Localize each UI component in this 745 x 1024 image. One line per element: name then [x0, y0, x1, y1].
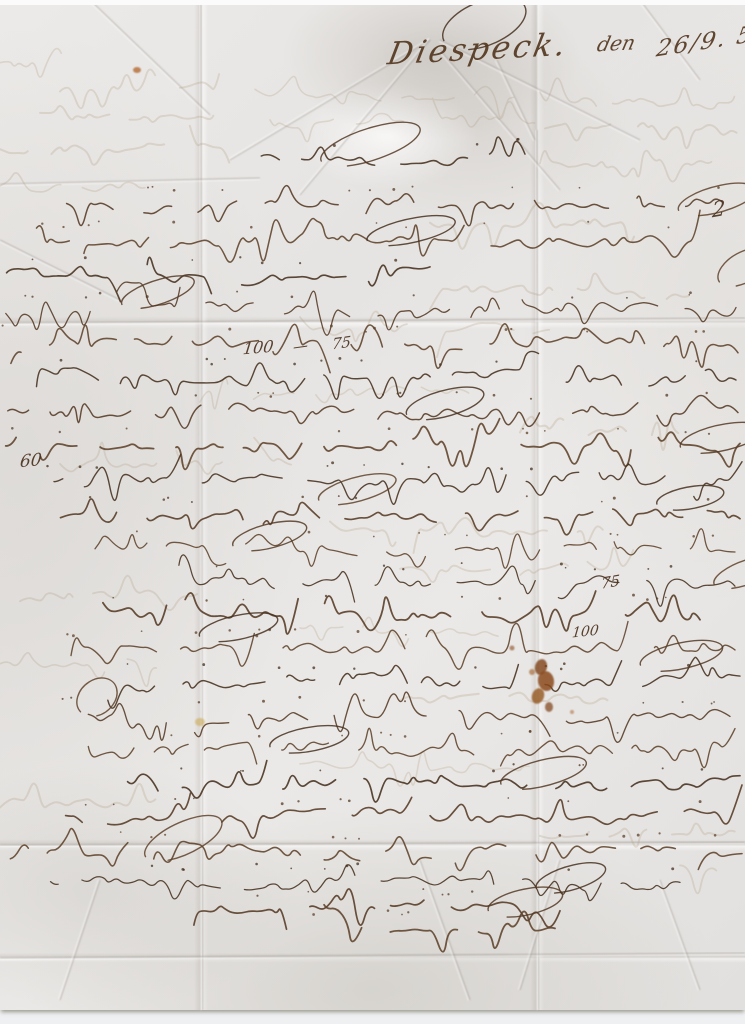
diacritic-dot — [622, 835, 625, 838]
diacritic-dot — [610, 533, 612, 535]
diacritic-dot — [579, 187, 581, 189]
scanned-letter: Diespeck. den 26/9. 53. 2100—756075100 — [0, 0, 745, 1024]
diacritic-dot — [355, 497, 357, 499]
diacritic-dot — [2, 325, 4, 327]
flourish-loop — [268, 721, 351, 759]
diacritic-dot — [299, 262, 301, 264]
diacritic-dot — [291, 296, 294, 299]
diacritic-dot — [170, 734, 172, 736]
diacritic-dot — [242, 770, 244, 772]
diacritic-dot — [216, 566, 218, 568]
diacritic-dot — [571, 296, 573, 298]
diacritic-dot — [396, 326, 398, 328]
flourish-loop — [485, 882, 565, 923]
handwriting-line — [88, 692, 730, 742]
handwriting-line — [179, 555, 735, 606]
diacritic-dot — [31, 296, 33, 298]
diacritic-dot — [261, 262, 264, 265]
diacritic-dot — [256, 895, 258, 897]
bleedthrough-line — [540, 151, 711, 182]
handwriting-line — [7, 257, 430, 301]
diacritic-dot — [164, 834, 166, 836]
diacritic-dot — [307, 891, 309, 893]
diacritic-dot — [711, 703, 713, 705]
handwriting-line — [11, 324, 738, 373]
diacritic-dot — [685, 431, 687, 433]
ink-handwriting-layer — [2, 0, 745, 952]
diacritic-dot — [402, 568, 404, 570]
handwriting-line — [54, 455, 742, 505]
diacritic-dot — [195, 631, 198, 634]
diacritic-dot — [510, 328, 512, 330]
legible-number: 75 — [331, 332, 351, 353]
diacritic-dot — [363, 464, 365, 466]
diacritic-dot — [560, 668, 563, 671]
bleedthrough-line — [300, 617, 498, 646]
diacritic-dot — [399, 392, 401, 394]
handwriting-line — [6, 419, 740, 470]
diacritic-dot — [637, 834, 640, 837]
diacritic-dot — [699, 800, 702, 803]
diacritic-dot — [327, 465, 329, 467]
diacritic-dot — [461, 596, 463, 598]
flourish-loop — [655, 481, 726, 514]
diacritic-dot — [671, 867, 674, 870]
diacritic-dot — [390, 734, 392, 736]
diacritic-dot — [301, 496, 304, 499]
diacritic-dot — [628, 463, 630, 465]
bleedthrough-line — [255, 76, 514, 118]
diacritic-dot — [85, 296, 87, 298]
diacritic-dot — [701, 768, 704, 771]
diacritic-dot — [516, 138, 519, 141]
diacritic-dot — [240, 770, 242, 772]
diacritic-dot — [632, 594, 635, 597]
diacritic-dot — [706, 392, 708, 394]
diacritic-dot — [228, 629, 231, 632]
handwriting-line — [67, 186, 722, 226]
diacritic-dot — [152, 186, 154, 188]
diacritic-dot — [495, 360, 497, 362]
diacritic-dot — [397, 392, 399, 394]
diacritic-dot — [32, 259, 34, 261]
diacritic-dot — [428, 466, 430, 468]
diacritic-dot — [191, 501, 193, 503]
bleedthrough-line — [545, 123, 737, 148]
diacritic-dot — [85, 804, 87, 806]
diacritic-dot — [695, 360, 697, 362]
diacritic-dot — [563, 662, 566, 665]
diacritic-dot — [205, 599, 207, 601]
diacritic-dot — [583, 328, 585, 330]
diacritic-dot — [558, 834, 561, 837]
diacritic-dot — [511, 187, 513, 189]
diacritic-dot — [447, 893, 449, 895]
handwriting-line — [261, 137, 525, 165]
diacritic-dot — [358, 838, 360, 840]
crease-shadow — [0, 240, 120, 300]
diacritic-dot — [567, 868, 570, 871]
diacritic-dot — [141, 630, 143, 632]
flourish-loop — [365, 210, 458, 252]
diacritic-dot — [474, 666, 476, 668]
diacritic-dot — [98, 220, 100, 222]
diacritic-dot — [95, 466, 98, 469]
diacritic-dot — [146, 295, 149, 298]
flourish-loop — [710, 550, 745, 596]
diacritic-dot — [529, 730, 532, 733]
diacritic-dot — [228, 328, 231, 331]
diacritic-dot — [210, 363, 213, 366]
diacritic-dot — [84, 256, 87, 259]
diacritic-dot — [11, 427, 14, 430]
legible-number: 60 — [19, 450, 43, 473]
bleedthrough-line — [270, 98, 535, 141]
diacritic-dot — [404, 735, 407, 738]
legible-number: 100 — [571, 622, 599, 641]
diacritic-dot — [262, 700, 265, 703]
diacritic-dot — [297, 800, 299, 802]
flourish-loop — [316, 113, 425, 176]
diacritic-dot — [330, 325, 333, 328]
diacritic-dot — [357, 630, 360, 633]
diacritic-dot — [365, 331, 367, 333]
diacritic-dot — [373, 327, 376, 330]
diacritic-dot — [332, 836, 335, 839]
diacritic-dot — [46, 465, 48, 467]
diacritic-dot — [243, 599, 245, 601]
diacritic-dot — [206, 358, 209, 361]
diacritic-dot — [193, 798, 195, 800]
handwriting-line — [128, 761, 740, 802]
diacritic-dot — [382, 394, 384, 396]
diacritic-dot — [236, 291, 238, 293]
diacritic-dot — [483, 222, 485, 224]
bleedthrough-line — [0, 126, 229, 165]
diacritic-dot — [407, 911, 409, 913]
handwriting-line — [103, 591, 700, 634]
diacritic-dot — [338, 430, 340, 432]
diacritic-dot — [257, 392, 259, 394]
diacritic-dot — [594, 568, 596, 570]
diacritic-dot — [290, 868, 292, 870]
diacritic-dot — [394, 259, 397, 262]
diacritic-dot — [662, 767, 664, 769]
diacritic-dot — [512, 763, 514, 765]
diacritic-dot — [439, 363, 442, 366]
diacritic-dot — [338, 495, 340, 497]
diacritic-dot — [258, 629, 260, 631]
diacritic-dot — [601, 501, 603, 503]
diacritic-dot — [456, 391, 458, 393]
crease-shadow — [60, 880, 100, 1000]
diacritic-dot — [345, 864, 348, 867]
handwriting-line — [8, 396, 738, 429]
diacritic-dot — [387, 909, 390, 912]
diacritic-dot — [294, 628, 296, 630]
diacritic-dot — [127, 663, 129, 665]
diacritic-dot — [191, 259, 193, 261]
diacritic-dot — [492, 769, 495, 772]
diacritic-dot — [412, 186, 414, 188]
diacritic-dot — [405, 634, 407, 636]
diacritic-dot — [647, 568, 649, 570]
diacritic-dot — [617, 534, 619, 536]
diacritic-dot — [255, 863, 258, 866]
diacritic-dot — [312, 666, 315, 669]
diacritic-dot — [202, 663, 205, 666]
diacritic-dot — [392, 188, 395, 191]
diacritic-dot — [293, 363, 296, 366]
dateline-den-word: den — [595, 30, 638, 56]
diacritic-dot — [120, 831, 122, 833]
diacritic-dot — [687, 664, 690, 667]
diacritic-dot — [376, 222, 378, 224]
diacritic-dot — [401, 463, 403, 465]
diacritic-dot — [373, 536, 375, 538]
diacritic-dot — [530, 467, 533, 470]
diacritic-dot — [112, 597, 114, 599]
stain — [510, 646, 515, 651]
bleedthrough-line — [20, 576, 197, 610]
diacritic-dot — [658, 832, 660, 834]
diacritic-dot — [544, 430, 546, 432]
diacritic-dot — [401, 914, 403, 916]
diacritic-dot — [195, 394, 197, 396]
diacritic-dot — [712, 534, 714, 536]
handwriting-line — [10, 829, 742, 871]
diacritic-dot — [613, 497, 616, 500]
diacritic-dot — [501, 733, 503, 735]
diacritic-dot — [60, 359, 63, 362]
diacritic-dot — [498, 597, 501, 600]
diacritic-dot — [708, 433, 710, 435]
handwriting-line — [61, 499, 741, 535]
diacritic-dot — [239, 256, 241, 258]
diacritic-dot — [325, 595, 327, 597]
diacritic-dot — [360, 359, 362, 361]
crease-highlight — [439, 51, 559, 191]
diacritic-dot — [626, 297, 628, 299]
diacritic-dot — [180, 767, 182, 769]
diacritic-dot — [163, 498, 166, 501]
diacritic-dot — [344, 837, 346, 839]
legible-number: 75 — [601, 571, 620, 593]
flourish-loop — [69, 670, 125, 724]
diacritic-dot — [692, 535, 695, 538]
diacritic-dot — [99, 292, 102, 295]
diacritic-dot — [526, 495, 528, 497]
diacritic-dot — [224, 358, 226, 360]
diacritic-dot — [41, 222, 43, 224]
diacritic-dot — [413, 294, 415, 296]
diacritic-dot — [582, 764, 584, 766]
flourish-loop — [675, 177, 745, 223]
diacritic-dot — [24, 295, 26, 297]
flourish-loop — [498, 750, 590, 797]
stain — [545, 702, 553, 712]
diacritic-dot — [717, 186, 720, 189]
diacritic-dot — [405, 226, 407, 228]
diacritic-dot — [665, 597, 667, 599]
diacritic-dot — [72, 634, 75, 637]
diacritic-dot — [695, 330, 698, 333]
diacritic-dot — [665, 394, 668, 397]
diacritic-dot — [174, 798, 176, 800]
diacritic-dot — [258, 735, 261, 738]
diacritic-dot — [404, 700, 406, 702]
diacritic-dot — [380, 732, 382, 734]
diacritic-dot — [418, 532, 420, 534]
bleedthrough-line — [0, 784, 155, 808]
diacritic-dot — [579, 764, 581, 766]
diacritic-dot — [702, 330, 705, 333]
diacritic-dot — [278, 666, 281, 669]
diacritic-dot — [422, 888, 424, 890]
diacritic-dot — [147, 187, 149, 189]
diacritic-dot — [348, 799, 351, 802]
diacritic-dot — [70, 697, 72, 699]
stain — [195, 718, 205, 726]
flourish-loop — [712, 240, 745, 294]
diacritic-dot — [348, 190, 350, 192]
diacritic-dot — [461, 562, 463, 564]
crease-highlight — [658, 881, 698, 991]
diacritic-dot — [444, 534, 446, 536]
diacritic-dot — [587, 221, 589, 223]
legible-number: 2 — [712, 196, 726, 223]
diacritic-dot — [707, 498, 710, 501]
flourish-loop — [638, 634, 726, 677]
diacritic-dot — [617, 732, 619, 734]
diacritic-dot — [340, 798, 342, 800]
bleedthrough-line — [0, 49, 61, 77]
crease-highlight — [0, 241, 119, 301]
diacritic-dot — [272, 392, 274, 394]
diacritic-dot — [331, 461, 334, 464]
diacritic-dot — [565, 567, 567, 569]
diacritic-dot — [522, 428, 524, 430]
diacritic-dot — [341, 735, 343, 737]
bleedthrough-line — [400, 548, 633, 582]
diacritic-dot — [172, 221, 175, 224]
handwriting-line — [66, 785, 742, 838]
diacritic-dot — [89, 496, 91, 498]
diacritic-dot — [689, 291, 692, 294]
flourish-loop — [316, 467, 399, 511]
diacritic-dot — [383, 565, 385, 567]
diacritic-dot — [353, 668, 355, 670]
diacritic-dot — [298, 696, 301, 699]
crease-shadow — [660, 880, 700, 990]
diacritic-dot — [62, 226, 64, 228]
diacritic-dot — [471, 428, 473, 430]
diacritic-dot — [471, 890, 473, 892]
legible-number: 100 — [242, 337, 275, 359]
diacritic-dot — [466, 535, 468, 537]
diacritic-dot — [319, 769, 321, 771]
diacritic-dot — [79, 465, 82, 468]
diacritic-dot — [356, 862, 359, 865]
diacritic-dot — [617, 428, 619, 430]
flourish-loop — [118, 269, 198, 315]
diacritic-dot — [136, 530, 138, 532]
diacritic-dot — [642, 702, 644, 704]
diacritic-dot — [688, 294, 690, 296]
diacritic-dot — [567, 800, 569, 802]
diacritic-dot — [507, 797, 509, 799]
handwriting-canvas — [0, 0, 745, 1024]
diacritic-dot — [476, 143, 479, 146]
diacritic-dot — [713, 701, 715, 703]
diacritic-dot — [167, 497, 169, 499]
bleedthrough-line — [400, 693, 607, 704]
diacritic-dot — [308, 531, 311, 534]
flourish-loop — [197, 607, 280, 647]
diacritic-dot — [62, 698, 64, 700]
handwriting-line — [88, 728, 735, 767]
diacritic-dot — [198, 701, 200, 703]
diacritic-dot — [181, 868, 184, 871]
handwriting-line — [71, 622, 735, 670]
diacritic-dot — [682, 701, 684, 703]
diacritic-dot — [656, 597, 658, 599]
diacritic-dot — [526, 432, 529, 435]
bleedthrough-line — [40, 106, 213, 122]
stain — [133, 67, 141, 73]
bleedthrough-line — [0, 653, 156, 686]
diacritic-dot — [667, 226, 669, 228]
diacritic-dot — [320, 359, 322, 361]
bleedthrough-line — [60, 438, 291, 474]
diacritic-dot — [586, 330, 588, 332]
diacritic-dot — [113, 804, 115, 806]
diacritic-dot — [66, 633, 68, 635]
diacritic-dot — [338, 357, 341, 360]
legible-number: — — [292, 336, 308, 356]
handwriting-line — [51, 865, 681, 901]
diacritic-dot — [126, 428, 128, 430]
diacritic-dot — [646, 598, 649, 601]
diacritic-dot — [560, 563, 563, 566]
crease-highlight — [58, 879, 98, 999]
diacritic-dot — [59, 431, 61, 433]
diacritic-dot — [221, 189, 223, 191]
diacritic-dot — [151, 865, 153, 867]
diacritic-dot — [388, 427, 391, 430]
diacritic-dot — [250, 226, 253, 229]
stain — [570, 710, 574, 714]
diacritic-dot — [173, 189, 176, 192]
diacritic-dot — [442, 894, 444, 896]
diacritic-dot — [530, 398, 532, 400]
diacritic-dot — [324, 868, 326, 870]
flourish-loop — [138, 806, 228, 871]
diacritic-dot — [714, 834, 717, 837]
diacritic-dot — [150, 836, 152, 838]
stain — [529, 669, 535, 675]
diacritic-dot — [88, 224, 90, 226]
diacritic-dot — [500, 467, 503, 470]
diacritic-dot — [281, 802, 284, 805]
diacritic-dot — [363, 699, 365, 701]
diacritic-dot — [670, 565, 673, 568]
diacritic-dot — [493, 394, 496, 397]
diacritic-dot — [586, 833, 588, 835]
diacritic-dot — [312, 913, 315, 916]
diacritic-dot — [369, 189, 371, 191]
diacritic-dot — [270, 395, 273, 398]
